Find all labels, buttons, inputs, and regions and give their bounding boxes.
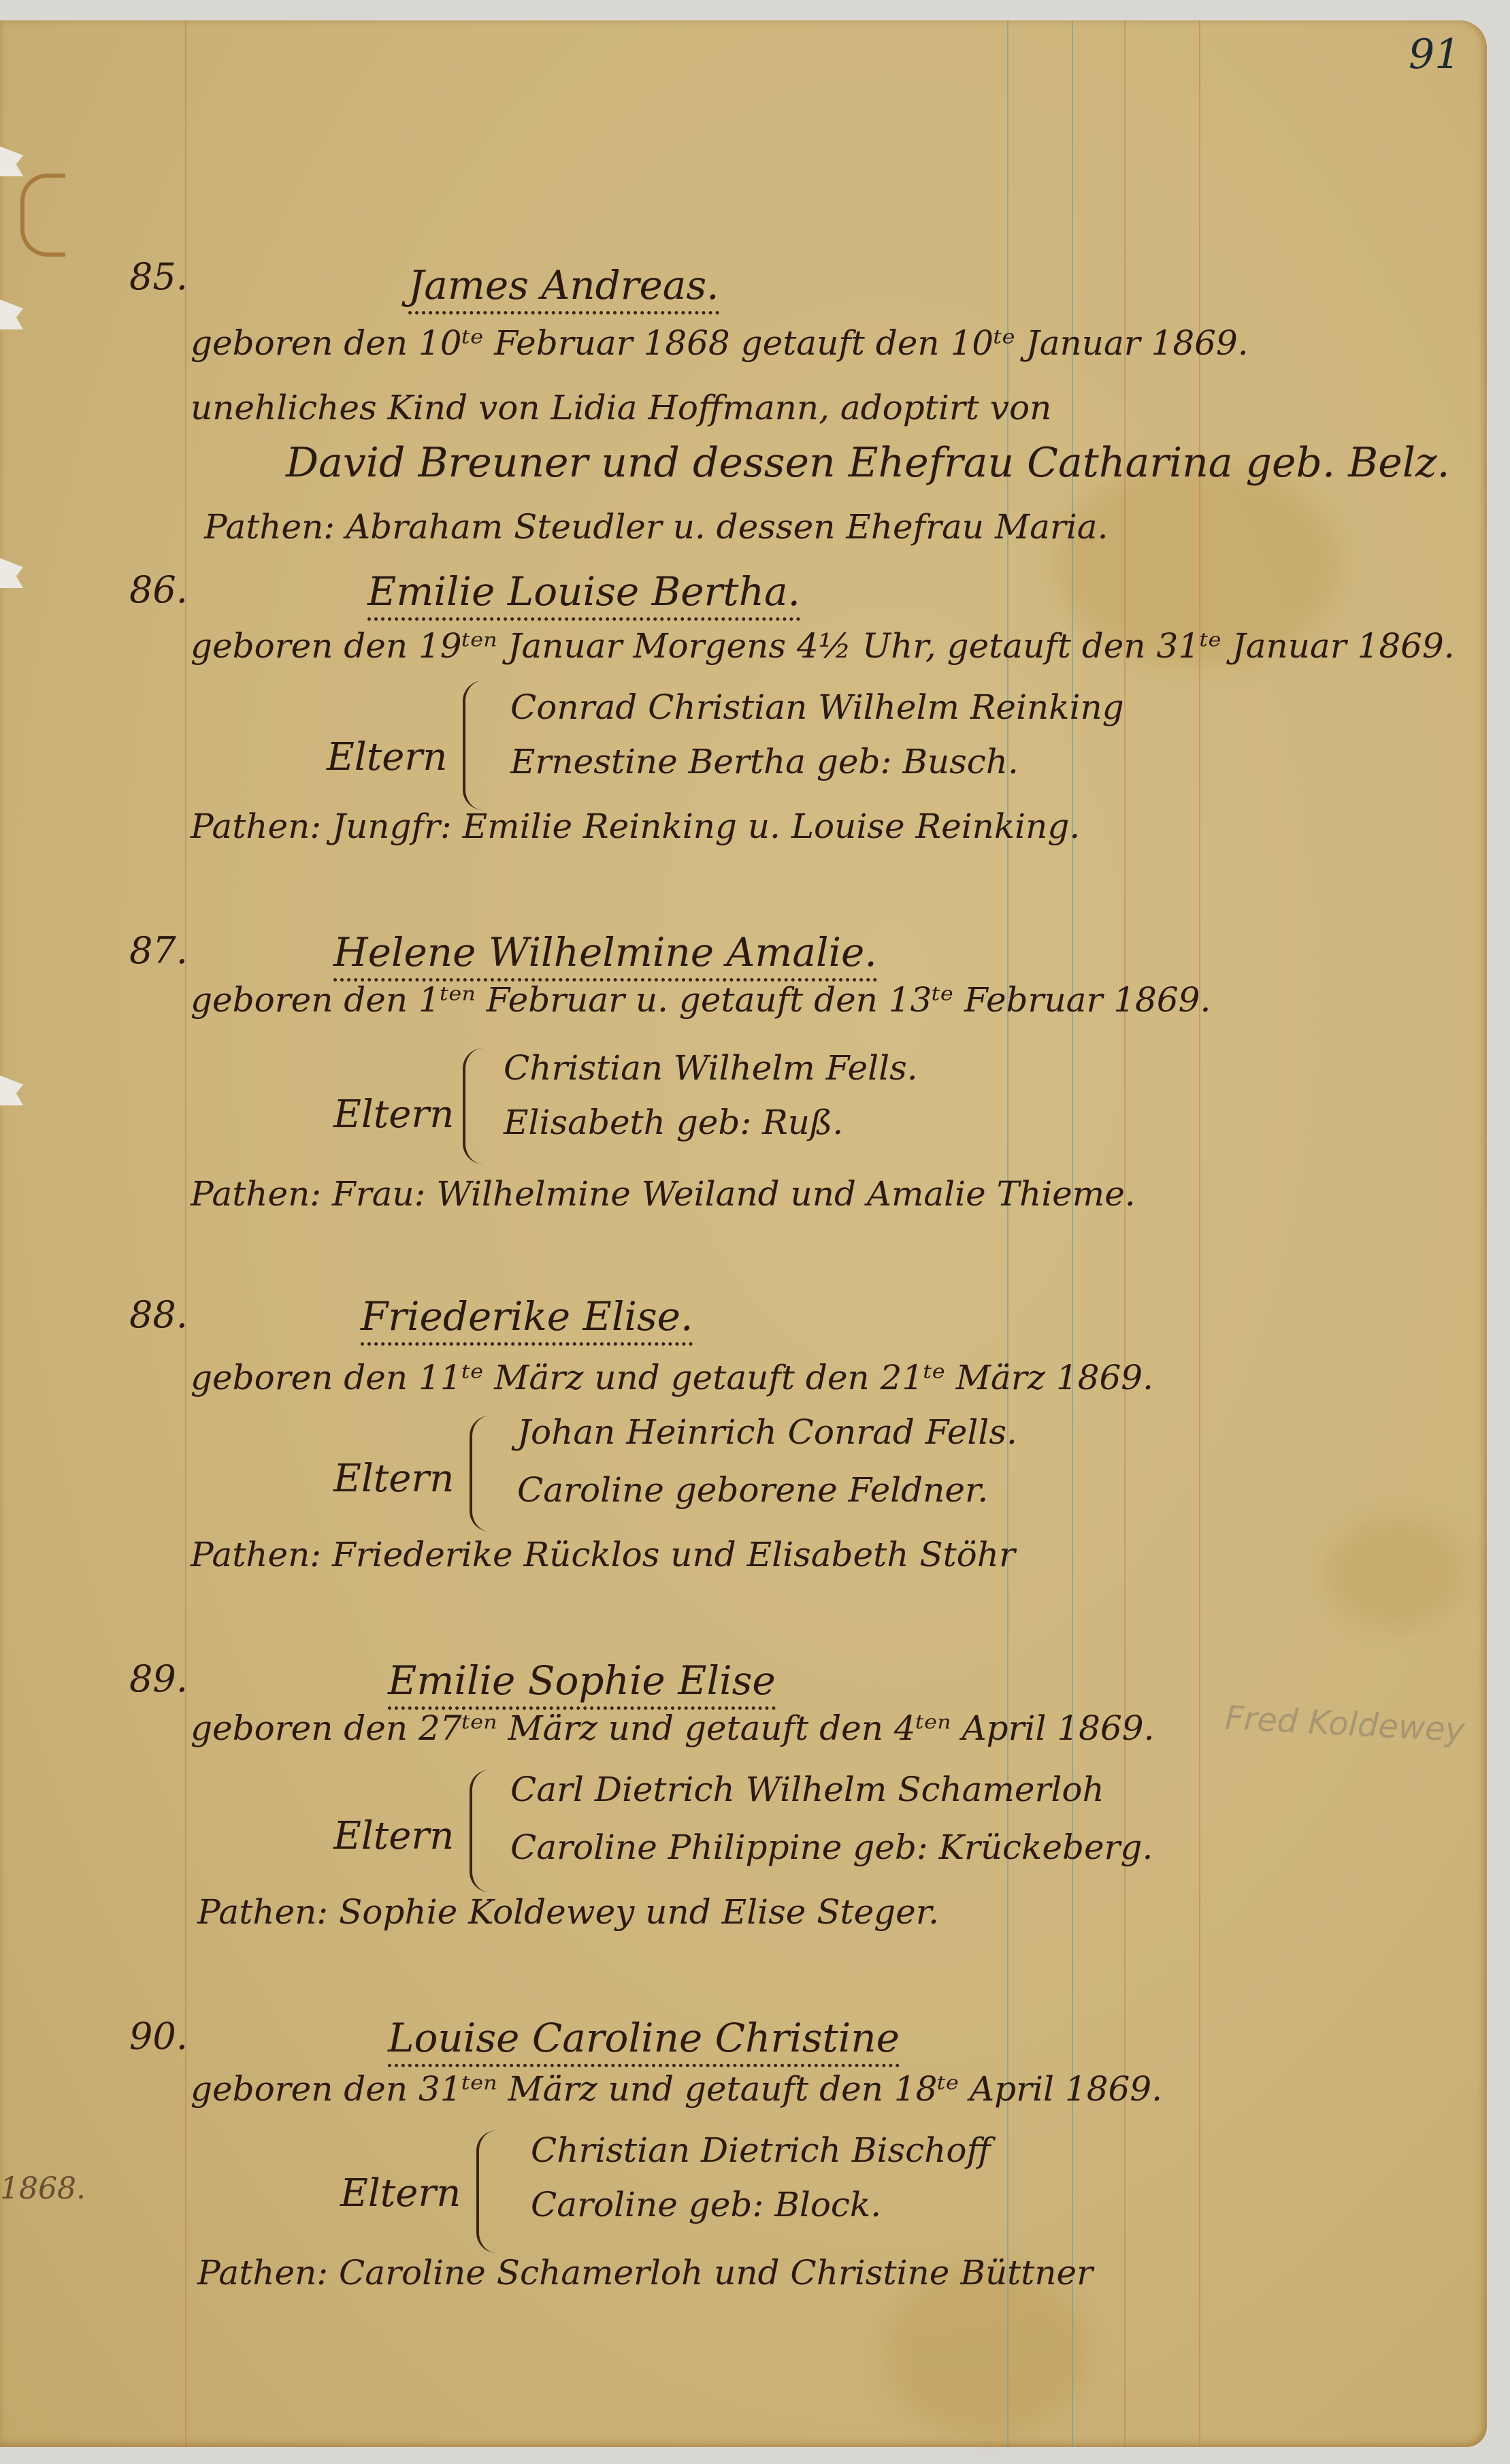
water-stain (1327, 1518, 1463, 1627)
mother-name: Caroline Philippine geb: Krückeberg. (510, 1828, 1153, 1867)
entry-name: Louise Caroline Christine (388, 2015, 900, 2067)
binding-hole (0, 146, 23, 176)
father-name: Johan Heinrich Conrad Fells. (517, 1412, 1017, 1452)
entry-name: Helene Wilhelmine Amalie. (333, 929, 877, 982)
binding-string (20, 174, 65, 257)
entry-number: 85. (129, 255, 188, 298)
entry-sponsors-line: Pathen: Caroline Schamerloh und Christin… (197, 2253, 1093, 2292)
entry-sponsors-line: Pathen: Abraham Steudler u. dessen Ehefr… (204, 507, 1109, 547)
margin-rule (185, 20, 186, 2447)
entry-name: Friederike Elise. (361, 1293, 693, 1346)
page-number: 91 (1409, 31, 1460, 78)
entry-birth-line: geboren den 10ᵗᵉ Februar 1868 getauft de… (191, 323, 1249, 363)
entry-name: Emilie Sophie Elise (388, 1657, 776, 1710)
entry-birth-line: geboren den 11ᵗᵉ März und getauft den 21… (191, 1358, 1153, 1397)
parents-label: Eltern (340, 2171, 461, 2216)
entry-note-line: unehliches Kind von Lidia Hoffmann, adop… (191, 388, 1051, 427)
entry-sponsors-line: Pathen: Friederike Rücklos und Elisabeth… (191, 1535, 1015, 1574)
entry-sponsors-line: Pathen: Jungfr: Emilie Reinking u. Louis… (191, 807, 1080, 846)
parents-label: Eltern (333, 1457, 454, 1501)
entry-name: James Andreas. (408, 262, 719, 314)
parents-label: Eltern (327, 735, 447, 779)
brace (470, 1416, 499, 1531)
parents-label: Eltern (333, 1814, 454, 1858)
brace (463, 681, 493, 810)
brace (476, 2130, 506, 2253)
entry-number: 89. (129, 1657, 188, 1700)
entry-birth-line: geboren den 27ᵗᵉⁿ März und getauft den 4… (191, 1708, 1154, 1748)
entry-number: 86. (129, 568, 188, 611)
binding-hole (0, 558, 23, 588)
mother-name: Ernestine Bertha geb: Busch. (510, 742, 1019, 781)
entry-birth-line: geboren den 31ᵗᵉⁿ März und getauft den 1… (191, 2069, 1162, 2109)
margin-bleed-text: 1868. (0, 2171, 86, 2206)
mother-name: Caroline geb: Block. (531, 2185, 881, 2224)
brace (463, 1048, 493, 1164)
entry-adoptive-parents: David Breuner und dessen Ehefrau Cathari… (286, 439, 1450, 487)
entry-sponsors-line: Pathen: Sophie Koldewey und Elise Steger… (197, 1892, 939, 1932)
mother-name: Elisabeth geb: Ruß. (504, 1103, 843, 1142)
father-name: Carl Dietrich Wilhelm Schamerloh (510, 1770, 1104, 1809)
entry-birth-line: geboren den 1ᵗᵉⁿ Februar u. getauft den … (191, 980, 1211, 1020)
brace (470, 1770, 499, 1892)
entry-birth-line: geboren den 19ᵗᵉⁿ Januar Morgens 4½ Uhr,… (191, 626, 1455, 666)
parents-label: Eltern (333, 1092, 454, 1137)
binding-hole (0, 1075, 23, 1105)
entry-number: 88. (129, 1293, 188, 1336)
father-name: Conrad Christian Wilhelm Reinking (510, 687, 1124, 727)
father-name: Christian Wilhelm Fells. (504, 1048, 918, 1088)
mother-name: Caroline geborene Feldner. (517, 1470, 988, 1510)
entry-sponsors-line: Pathen: Frau: Wilhelmine Weiland und Ama… (191, 1174, 1136, 1214)
father-name: Christian Dietrich Bischoff (531, 2130, 991, 2170)
entry-number: 87. (129, 929, 188, 972)
entry-number: 90. (129, 2015, 188, 2058)
entry-name: Emilie Louise Bertha. (367, 568, 800, 621)
column-rule (1199, 20, 1200, 2447)
binding-hole (0, 299, 23, 329)
